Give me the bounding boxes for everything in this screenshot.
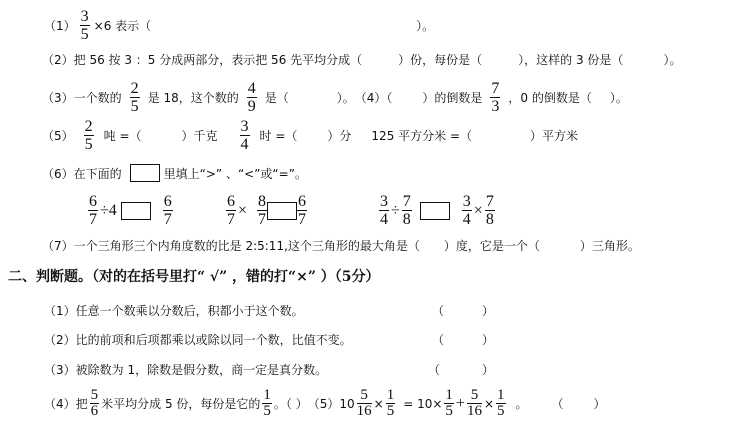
judge-answer-3[interactable]: （ ） — [428, 361, 494, 378]
judge-item-3: （3）被除数为 1，除数是假分数，商一定是真分数。 — [44, 361, 327, 378]
fraction: 35 — [80, 8, 90, 43]
compare-box-legend — [130, 164, 160, 182]
fraction: 516 — [467, 388, 482, 419]
judge-item-4-5: （4）把 56 米平均分成 5 份，每份是它的 15 。（ ） （5）10 51… — [44, 388, 606, 419]
question-1: （1） 35 ×6 表示（ ）。 — [44, 8, 434, 43]
compare-answer-box[interactable] — [267, 202, 297, 220]
fraction: 25 — [84, 118, 94, 153]
fraction: 516 — [357, 388, 372, 419]
fraction: 15 — [386, 388, 396, 419]
question-6: （6）在下面的 里填上“>” 、“<”或“=”。 — [42, 164, 307, 182]
fraction: 34 — [462, 193, 472, 228]
fraction: 78 — [402, 193, 412, 228]
question-2: （2）把 56 按 3 ：5 分成两部分，表示把 56 先平均分成（ ）份，每份… — [42, 51, 681, 68]
compare-item-1: 67 ÷4 67 — [86, 193, 177, 228]
fraction: 73 — [490, 80, 500, 115]
question-5: （5） 25 吨 =（ ）千克 34 时 =（ ）分 125 平方分米 =（ ）… — [42, 118, 578, 153]
section-2-heading: 二、判断题。（对的在括号里打“ √” ，错的打“×” ）（5分） — [8, 266, 380, 286]
question-number: （1） — [44, 17, 76, 34]
fraction: 67 — [88, 193, 98, 228]
fraction: 15 — [262, 388, 272, 419]
fraction: 34 — [240, 118, 250, 153]
fraction: 15 — [496, 388, 506, 419]
fraction: 49 — [247, 80, 257, 115]
fraction: 15 — [444, 388, 454, 419]
fraction: 56 — [90, 388, 100, 419]
question-7: （7）一个三角形三个内角度数的比是 2:5:11,这个三角形的最大角是（ ）度，… — [42, 237, 640, 254]
fraction: 78 — [485, 193, 495, 228]
fraction: 67 — [163, 193, 173, 228]
question-3-4: （3）一个数的 25 是 18，这个数的 49 是（ ）。 （4）（ ）的倒数是… — [42, 80, 628, 115]
compare-item-3: 34 ÷ 78 34 × 78 — [377, 193, 497, 228]
compare-item-2: 67 × 87 67 — [224, 193, 307, 228]
compare-answer-box[interactable] — [420, 202, 450, 220]
judge-answer-5[interactable]: （ ） — [552, 395, 606, 412]
judge-answer-1[interactable]: （ ） — [432, 302, 494, 319]
fraction: 34 — [379, 193, 389, 228]
fraction: 87 — [257, 193, 267, 228]
judge-answer-2[interactable]: （ ） — [432, 331, 494, 348]
judge-item-2: （2）比的前项和后项都乘以或除以同一个数，比值不变。 — [44, 331, 352, 348]
compare-answer-box[interactable] — [121, 202, 151, 220]
question-text: ×6 表示（ — [94, 17, 152, 34]
judge-item-1: （1）任意一个数乘以分数后，积都小于这个数。 — [44, 302, 304, 319]
judge-answer-4[interactable]: 。（ ） — [274, 395, 308, 412]
fraction: 67 — [297, 193, 307, 228]
fraction: 67 — [226, 193, 236, 228]
fraction: 25 — [130, 80, 140, 115]
